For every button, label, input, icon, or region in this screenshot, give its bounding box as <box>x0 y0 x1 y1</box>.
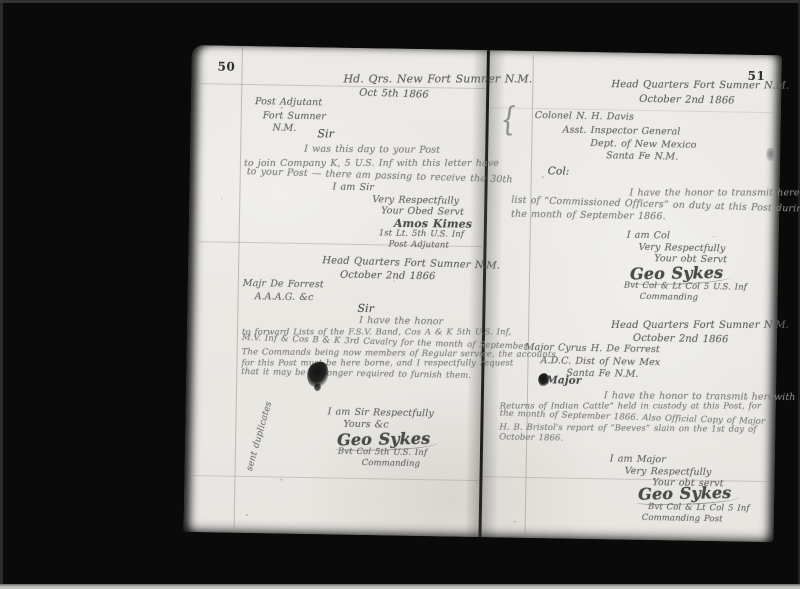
address-line: A.A.A.G. &c <box>255 292 314 303</box>
page-number-left: 50 <box>218 59 236 73</box>
closing-line: I am Major <box>610 454 666 465</box>
paper-speck <box>514 521 516 523</box>
signature-title: 1st Lt. 5th U.S. Inf <box>379 229 464 240</box>
brace-mark: { <box>500 101 517 138</box>
address-line: Fort Sumner <box>263 111 326 123</box>
body-line: I have the honor <box>359 316 443 328</box>
ink-blot <box>314 383 321 391</box>
address-line: Colonel N. H. Davis <box>535 111 634 123</box>
date-line: October 2nd 1866 <box>639 94 735 107</box>
paper-speck <box>713 236 715 237</box>
signature-title: Commanding <box>362 459 421 469</box>
salutation: Col: <box>548 166 570 178</box>
date-line: Oct 5th 1866 <box>359 87 429 100</box>
salutation: Sir <box>317 128 334 140</box>
heading-line: Head Quarters Fort Sumner N.M. <box>611 79 789 92</box>
address-line: Santa Fe N.M. <box>606 151 678 163</box>
ink-smudge <box>766 148 776 161</box>
closing-line: I am Sir <box>332 182 374 193</box>
document: 50 Hd. Qrs. New Fort Sumner N.M. Oct 5th… <box>184 45 782 542</box>
salutation: Sir <box>357 303 374 315</box>
paper-speck <box>746 397 748 399</box>
signature-title: Post Adjutant <box>388 240 448 250</box>
address-line: Majr De Forrest <box>243 279 324 291</box>
paper-speck <box>280 479 282 481</box>
address-line: Asst. Inspector General <box>562 125 680 137</box>
paper-speck <box>542 176 544 178</box>
address-line: Post Adjutant <box>255 97 322 109</box>
paper-speck <box>221 198 222 200</box>
body-line: that it may be no longer required to fur… <box>241 368 471 381</box>
film-strip-bottom <box>0 584 800 589</box>
signature-title: Commanding <box>640 293 699 303</box>
signature-title: Commanding Post <box>642 514 723 525</box>
address-line: N.M. <box>272 123 296 134</box>
paper-speck <box>246 514 248 516</box>
date-line: October 2nd 1866 <box>340 270 436 283</box>
signature-title: Bvt Col 5th U.S. Inf <box>338 448 427 459</box>
paper-speck <box>393 281 395 282</box>
address-line: A.D.C. Dist of New Mex <box>540 356 660 369</box>
margin-rule-left-page <box>234 48 243 530</box>
heading-line: Head Quarters Fort Sumner N.M. <box>611 320 789 331</box>
margin-rule-right-page <box>524 55 533 536</box>
microfilm-scan: 50 Hd. Qrs. New Fort Sumner N.M. Oct 5th… <box>0 0 800 589</box>
film-edge-top <box>0 0 800 3</box>
body-line: October 1866. <box>499 433 563 443</box>
body-line: I was this day to your Post <box>304 145 440 157</box>
paper-speck <box>281 107 283 109</box>
closing-line: I am Col <box>627 231 670 242</box>
heading-line: Hd. Qrs. New Fort Sumner N.M. <box>343 73 532 85</box>
body-line: I have the honor to transmit herewith a <box>629 188 800 198</box>
film-edge-left <box>0 0 3 589</box>
body-line: the month of September 1866. <box>511 210 666 223</box>
salutation: Major <box>546 375 581 387</box>
margin-note: sent duplicates <box>246 401 275 473</box>
